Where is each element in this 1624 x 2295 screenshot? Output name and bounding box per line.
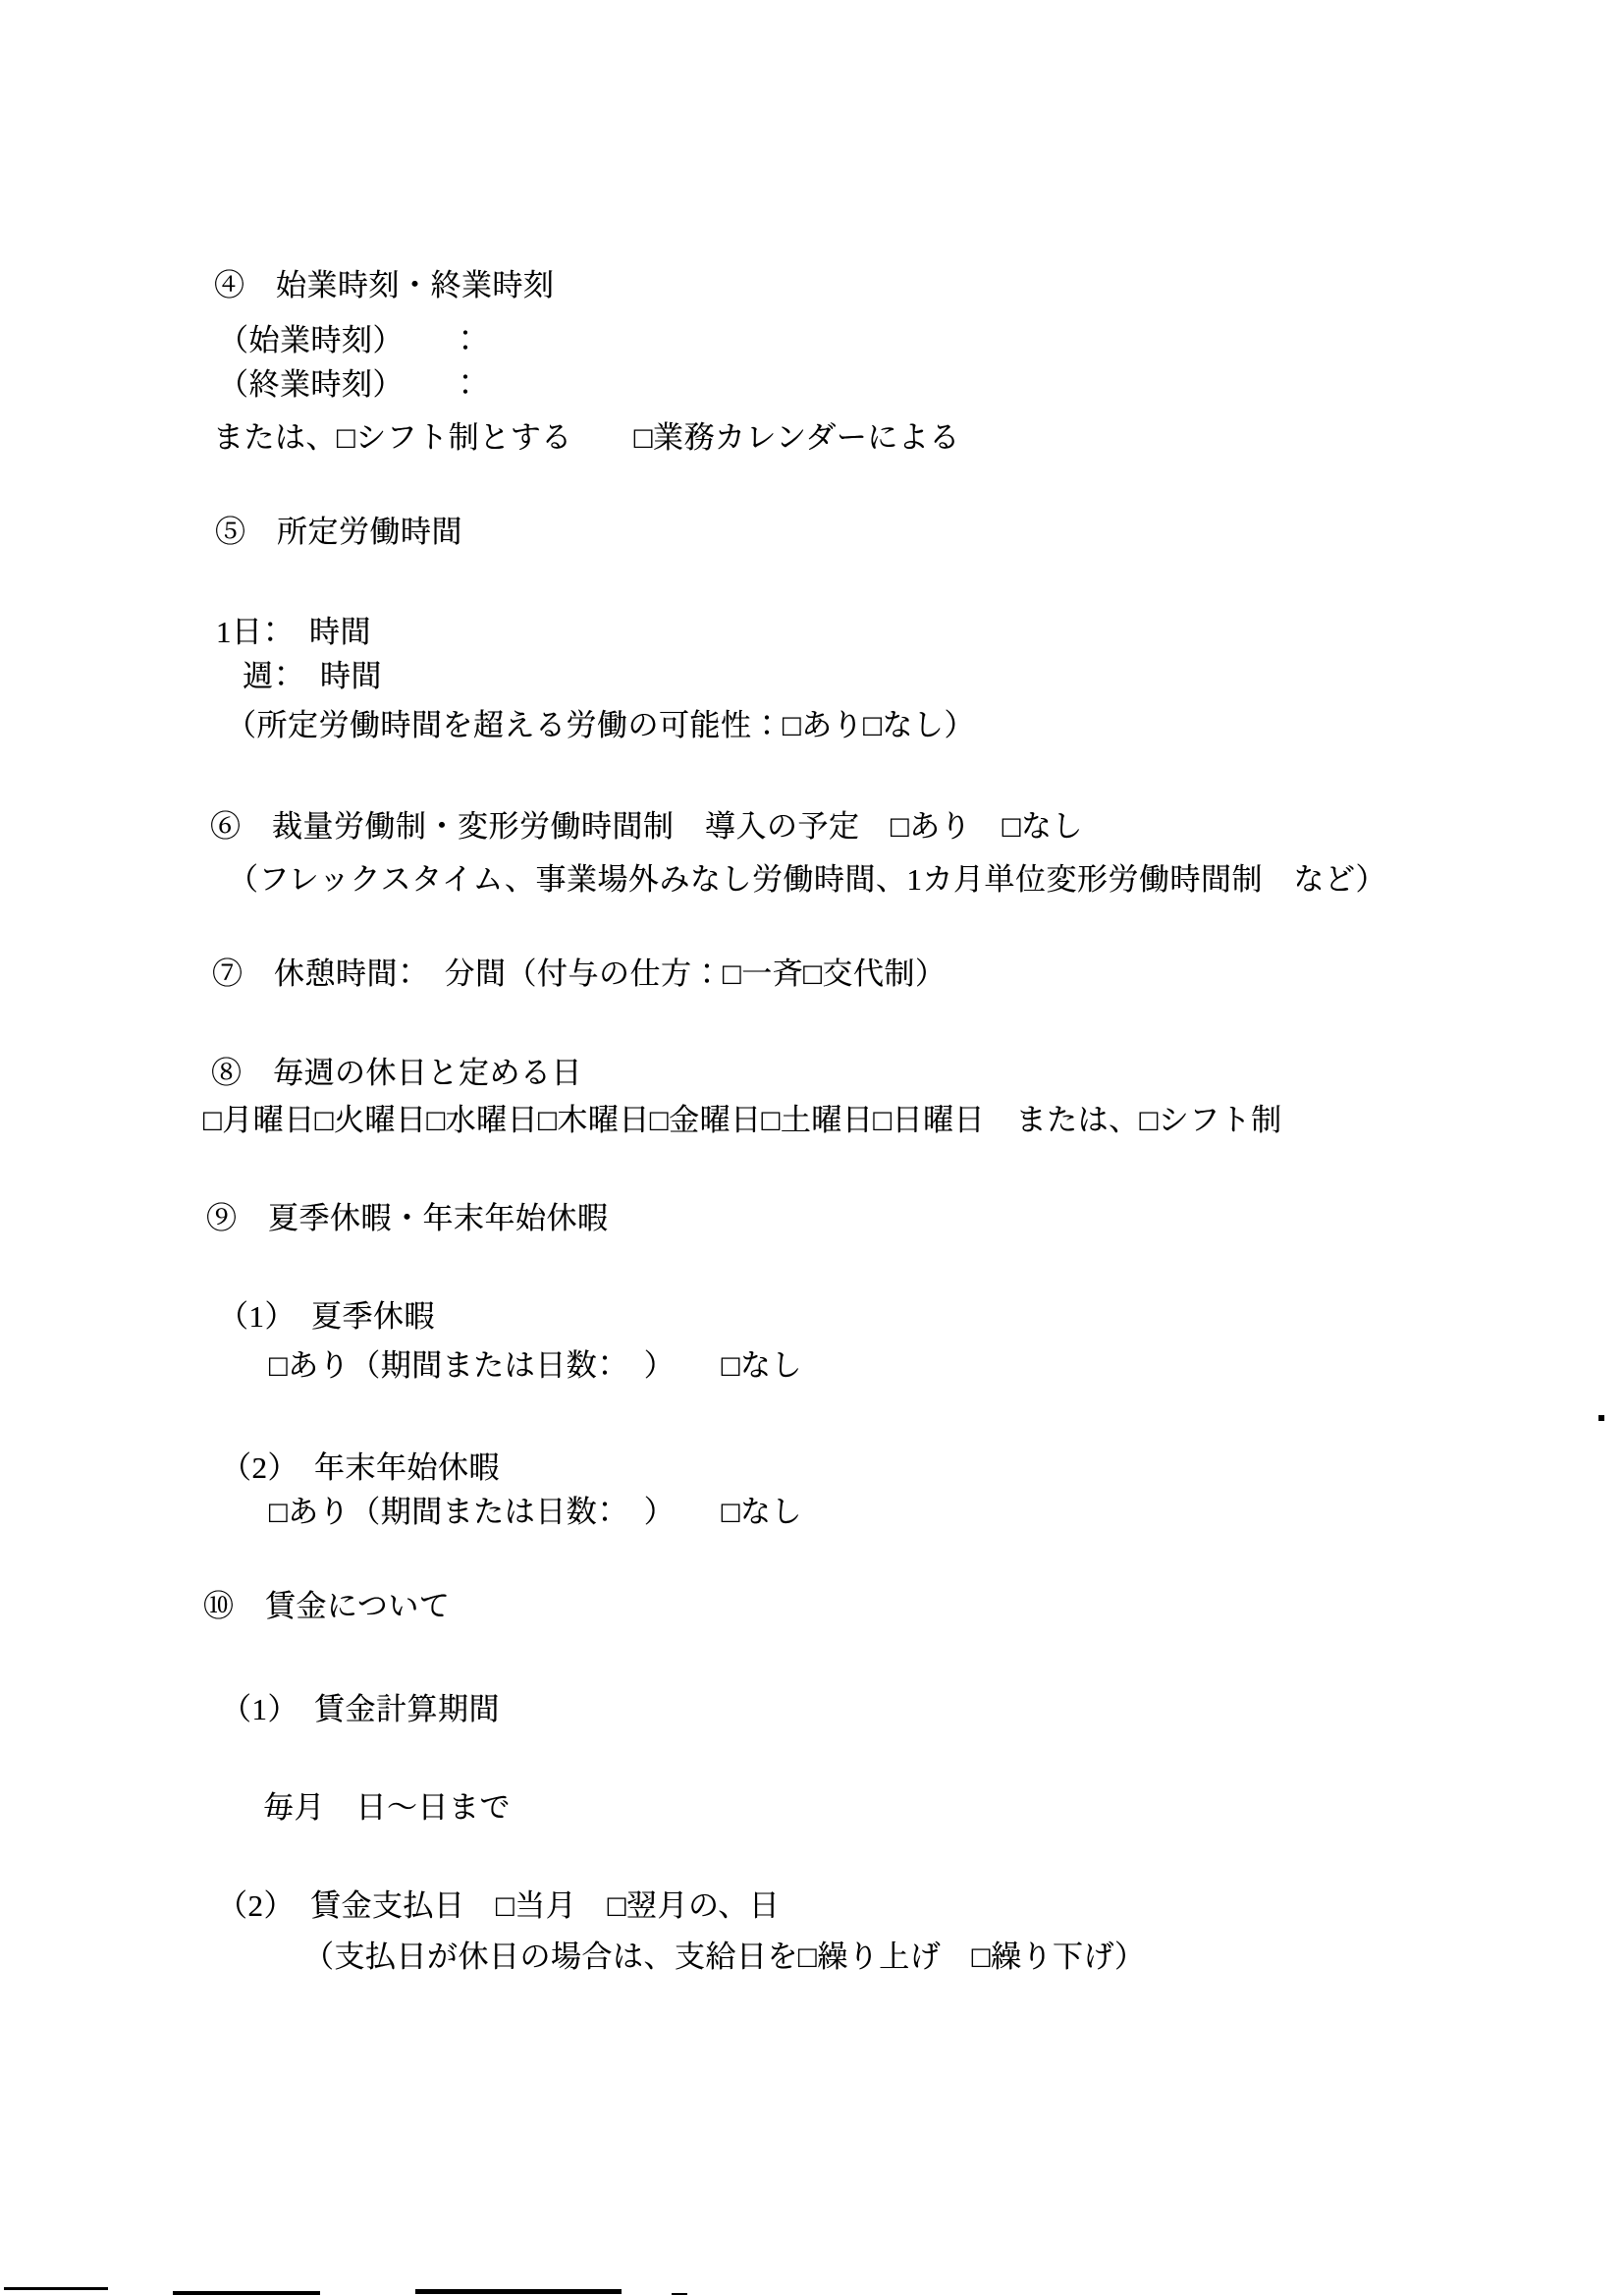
- start-time-line: （始業時刻） ：: [218, 322, 481, 360]
- newyear-holiday-options-line: □あり（期間または日数： ） □なし: [269, 1494, 802, 1532]
- summer-holiday-heading: （1） 夏季休暇: [218, 1298, 435, 1337]
- flex-systems-note-line: （フレックスタイム、事業場外みなし労働時間、1カ月単位変形労働時間制 など）: [228, 861, 1386, 900]
- end-time-line: （終業時刻） ：: [218, 366, 481, 405]
- payday-heading: （2） 賃金支払日 □当月 □翌月の、日: [217, 1887, 780, 1926]
- section8-heading: ⑧ 毎週の休日と定める日: [211, 1055, 582, 1093]
- overtime-possibility-line: （所定労働時間を超える労働の可能性：□あり□なし）: [226, 707, 975, 745]
- wage-period-heading: （1） 賃金計算期間: [221, 1691, 500, 1729]
- section9-heading: ⑨ 夏季休暇・年末年始休暇: [206, 1200, 609, 1238]
- section6-heading: ⑥ 裁量労働制・変形労働時間制 導入の予定 □あり □なし: [210, 808, 1083, 847]
- scan-artifact-mark: [415, 2289, 622, 2294]
- scan-artifact-mark: [173, 2291, 320, 2295]
- document-page: ④ 始業時刻・終業時刻 （始業時刻） ： （終業時刻） ： または、□シフト制と…: [0, 0, 1624, 2295]
- scan-artifact-mark: [1598, 1415, 1604, 1421]
- newyear-holiday-heading: （2） 年末年始休暇: [221, 1449, 500, 1488]
- weekly-hours-line: 週： 時間: [243, 658, 382, 696]
- shift-or-calendar-line: または、□シフト制とする □業務カレンダーによる: [213, 419, 960, 458]
- weekday-checkboxes-line: □月曜日□火曜日□水曜日□木曜日□金曜日□土曜日□日曜日 または、□シフト制: [203, 1102, 1282, 1140]
- section4-heading: ④ 始業時刻・終業時刻: [214, 267, 555, 305]
- payday-note-line: （支払日が休日の場合は、支給日を□繰り上げ □繰り下げ）: [303, 1939, 1145, 1977]
- scan-artifact-mark: [4, 2287, 108, 2290]
- section10-heading: ⑩ 賃金について: [203, 1588, 450, 1626]
- summer-holiday-options-line: □あり（期間または日数： ） □なし: [269, 1347, 802, 1386]
- daily-hours-line: 1日： 時間: [216, 614, 371, 652]
- wage-period-line: 毎月 日～日まで: [263, 1789, 511, 1828]
- section5-heading: ⑤ 所定労働時間: [215, 514, 462, 552]
- section7-heading: ⑦ 休憩時間： 分間（付与の仕方：□一斉□交代制）: [212, 956, 946, 994]
